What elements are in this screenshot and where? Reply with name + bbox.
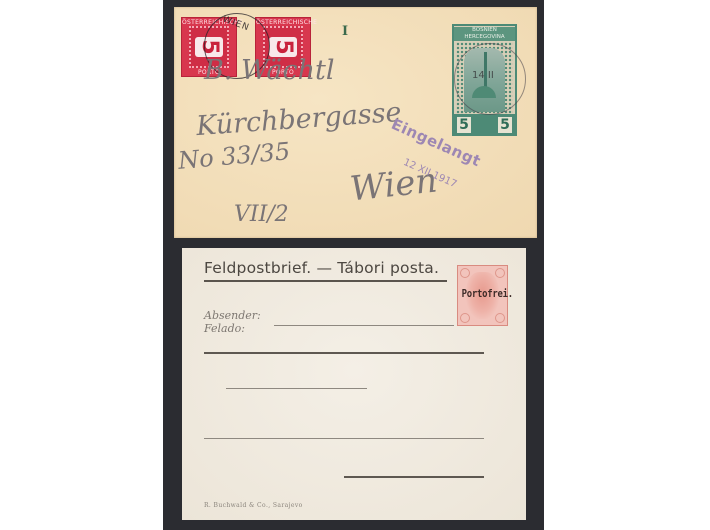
portofrei-overprint: Portofrei. xyxy=(462,288,504,300)
printer-imprint: R. Buchwald & Co., Sarajevo xyxy=(204,502,303,509)
sender-label-hungarian: Felado: xyxy=(204,322,245,335)
address-line-2 xyxy=(226,388,367,389)
corner-ornament-icon xyxy=(495,313,505,323)
letter-title: Feldpostbrief. — Tábori posta. xyxy=(204,259,439,277)
address-line-1 xyxy=(204,352,484,354)
postmark-date: 14 II xyxy=(472,70,494,81)
address-street: Kürchbergasse xyxy=(195,97,402,142)
address-line-4 xyxy=(344,476,484,478)
stamp-value-right: 5 xyxy=(498,117,512,133)
address-name: B. Wächtl xyxy=(204,55,335,86)
stamp-value-row: 5 5 xyxy=(454,114,515,134)
corner-ornament-icon xyxy=(495,268,505,278)
address-number: No 33/35 xyxy=(177,137,291,175)
stamp-frame-text: ÖSTERREICHISCHE xyxy=(256,19,310,26)
control-mark: I xyxy=(342,24,348,39)
stamp-country: BOSNIEN HERCEGOVINA xyxy=(454,27,515,41)
sender-line xyxy=(274,325,454,326)
address-line-3 xyxy=(204,438,484,439)
stamp-value-left: 5 xyxy=(457,117,471,133)
portofrei-stamp: Portofrei. xyxy=(457,265,508,326)
title-underline xyxy=(204,280,447,282)
sender-label-german: Absender: xyxy=(204,309,261,322)
postal-card: ÖSTERREICHISCHE 5 PORTO ÖSTERREICHISCHE … xyxy=(174,7,537,238)
address-district: VII/2 xyxy=(234,202,289,227)
corner-ornament-icon xyxy=(460,268,470,278)
stamp-value: 5 xyxy=(269,37,297,57)
field-post-letter: Feldpostbrief. — Tábori posta. Absender:… xyxy=(182,248,526,520)
